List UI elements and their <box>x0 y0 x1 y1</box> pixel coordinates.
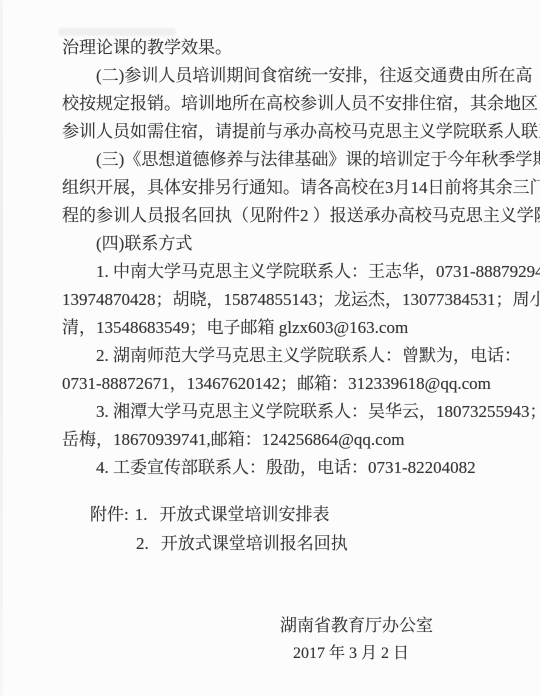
signature-date: 2017 年 3 月 2 日 <box>293 640 506 668</box>
body-line: 2. 湖南师范大学马克思主义学院联系人：曾默为，电话： <box>62 342 506 370</box>
body-line: 参训人员如需住宿，请提前与承办高校马克思主义学院联系人联系。 <box>62 118 506 146</box>
attachment-title: 开放式课堂培训报名回执 <box>161 534 348 553</box>
body-line: (二)参训人员培训期间食宿统一安排，往返交通费由所在高 <box>62 62 506 90</box>
body-line: 0731-88872671，13467620142；邮箱：312339618@q… <box>62 370 506 398</box>
attachment-title: 开放式课堂培训安排表 <box>159 505 329 524</box>
body-line: 程的参训人员报名回执（见附件2 ）报送承办高校马克思主义学院。 <box>62 202 506 230</box>
document-body: 治理论课的教学效果。 (二)参训人员培训期间食宿统一安排，往返交通费由所在高校按… <box>0 0 540 696</box>
attachment-number: 2. <box>136 534 149 553</box>
body-line: 治理论课的教学效果。 <box>62 34 506 62</box>
body-line: (三)《思想道德修养与法律基础》课的培训定于今年秋季学期 <box>62 146 506 174</box>
body-line: 清，13548683549；电子邮箱 glzx603@163.com <box>62 314 506 342</box>
body-line: 4. 工委宣传部联系人：殷劭，电话：0731-82204082 <box>62 454 506 482</box>
signature-organization: 湖南省教育厅办公室 <box>280 612 506 640</box>
attachment-item: 附件:1.开放式课堂培训安排表 <box>90 500 506 529</box>
body-lines: 治理论课的教学效果。 (二)参训人员培训期间食宿统一安排，往返交通费由所在高校按… <box>62 34 506 482</box>
attachments-label: 附件: <box>90 505 129 524</box>
attachment-number: 1. <box>135 505 148 524</box>
body-line: 岳梅，18670939741,邮箱：124256864@qq.com <box>62 426 506 454</box>
body-line: 3. 湘潭大学马克思主义学院联系人：吴华云，18073255943； <box>62 398 506 426</box>
body-line: 13974870428；胡晓，15874855143；龙运杰，130773845… <box>62 286 506 314</box>
body-line: 组织开展，具体安排另行通知。请各高校在3月14日前将其余三门课 <box>62 174 506 202</box>
body-line: (四)联系方式 <box>62 230 506 258</box>
attachment-list: 附件:1.开放式课堂培训安排表2.开放式课堂培训报名回执 <box>62 500 506 558</box>
signature-block: 湖南省教育厅办公室 2017 年 3 月 2 日 <box>62 612 506 668</box>
body-line: 1. 中南大学马克思主义学院联系人：王志华，0731-88879294/ <box>62 258 506 286</box>
body-line: 校按规定报销。培训地所在高校参训人员不安排住宿，其余地区 <box>62 90 506 118</box>
document-page: 治理论课的教学效果。 (二)参训人员培训期间食宿统一安排，往返交通费由所在高校按… <box>0 0 540 696</box>
attachment-item: 2.开放式课堂培训报名回执 <box>90 529 506 558</box>
